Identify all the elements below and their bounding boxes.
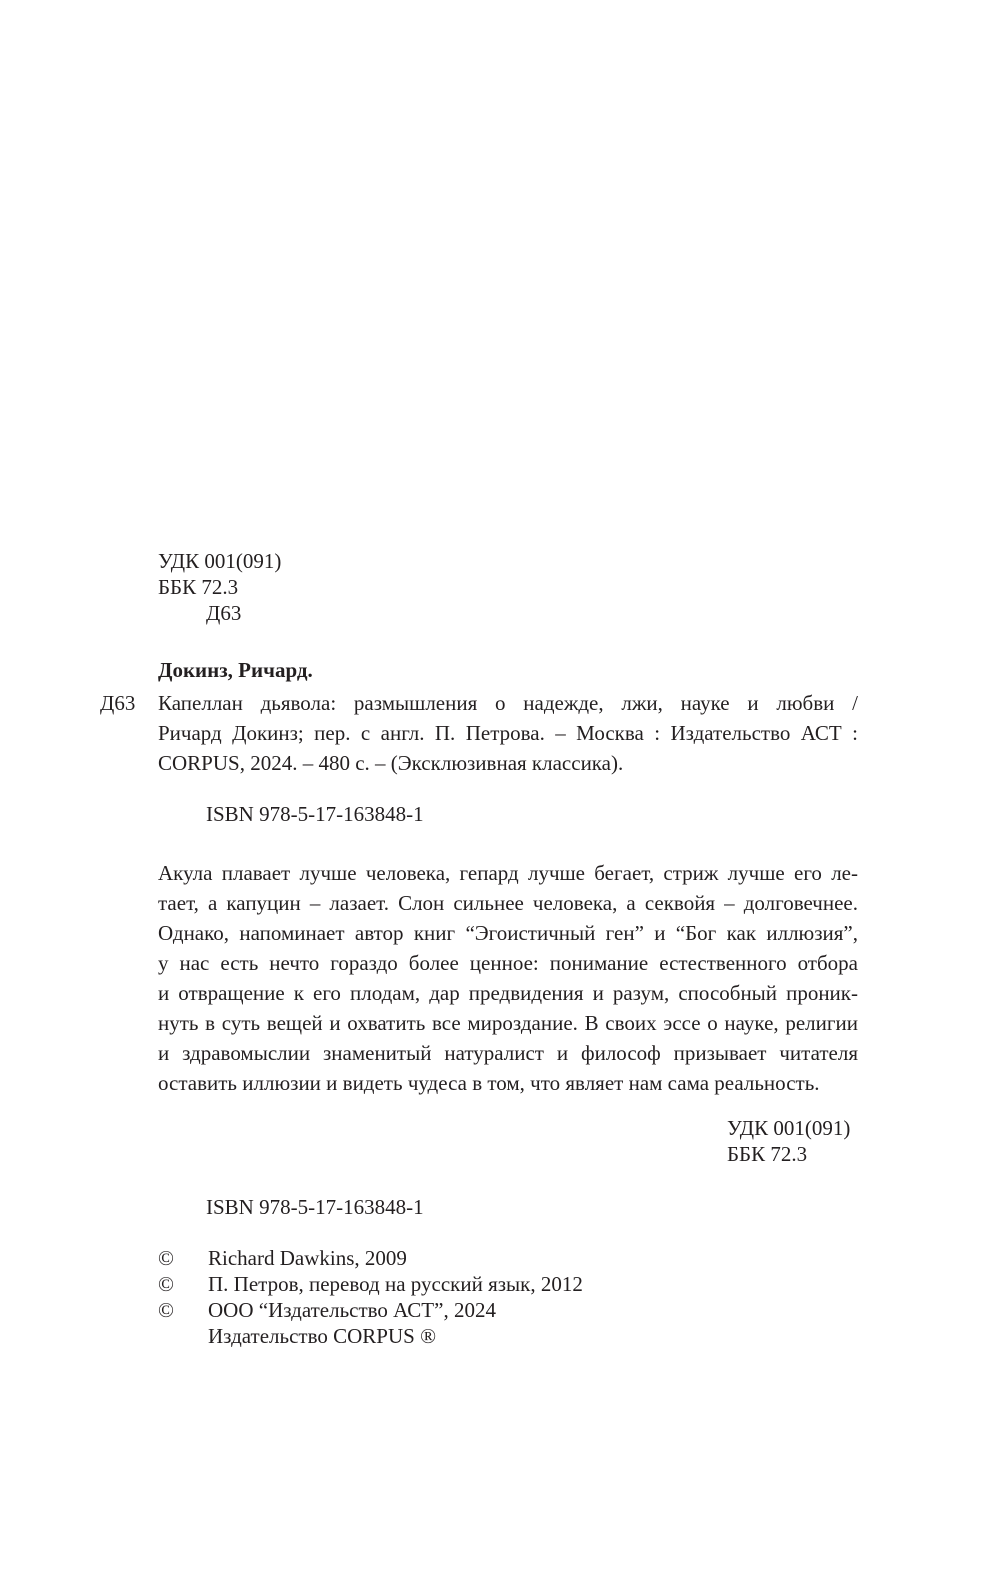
copyright-entry: ©ООО “Издательство АСТ”, 2024 [158,1297,496,1323]
udk-code: УДК 001(091) [158,548,281,574]
copyright-entry: ©П. Петров, перевод на русский язык, 201… [158,1271,583,1297]
isbn-bottom: ISBN 978-5-17-163848-1 [206,1194,424,1220]
annotation-line: у нас есть нечто гораздо более ценное: п… [158,948,858,978]
copyright-text: ООО “Издательство АСТ”, 2024 [208,1298,496,1322]
bibliographic-description: Капеллан дьявола: размышления о надежде,… [158,688,858,778]
publication-line: CORPUS, 2024. – 480 с. – (Эксклюзивная к… [158,748,858,778]
copyright-entry: ©Richard Dawkins, 2009 [158,1245,407,1271]
copyright-icon: © [158,1245,208,1271]
annotation-line: оставить иллюзии и видеть чудеса в том, … [158,1068,858,1098]
annotation-line: тает, а капуцин – лазает. Слон сильнее ч… [158,888,858,918]
title-line: Капеллан дьявола: размышления о надежде,… [158,688,858,718]
annotation-line: Однако, напоминает автор книг “Эгоистичн… [158,918,858,948]
imprint: Издательство CORPUS ® [208,1323,436,1349]
bbk-code: ББК 72.3 [158,574,238,600]
copyright-text: П. Петров, перевод на русский язык, 2012 [208,1272,583,1296]
annotation-line: нуть в суть вещей и охватить все мирозда… [158,1008,858,1038]
copyright-icon: © [158,1271,208,1297]
annotation-line: Акула плавает лучше человека, гепард луч… [158,858,858,888]
annotation-line: и здравомыслии знаменитый натуралист и ф… [158,1038,858,1068]
annotation-line: и отвращение к его плодам, дар предвиден… [158,978,858,1008]
bbk-code-footer: ББК 72.3 [727,1141,807,1167]
author-mark-margin: Д63 [100,688,135,718]
isbn-top: ISBN 978-5-17-163848-1 [206,801,424,827]
author-heading: Докинз, Ричард. [158,657,313,683]
copyright-icon: © [158,1297,208,1323]
annotation: Акула плавает лучше человека, гепард луч… [158,858,858,1098]
author-mark: Д63 [206,600,241,626]
udk-code-footer: УДК 001(091) [727,1115,850,1141]
copyright-text: Richard Dawkins, 2009 [208,1246,407,1270]
responsibility-line: Ричард Докинз; пер. с англ. П. Петрова. … [158,718,858,748]
